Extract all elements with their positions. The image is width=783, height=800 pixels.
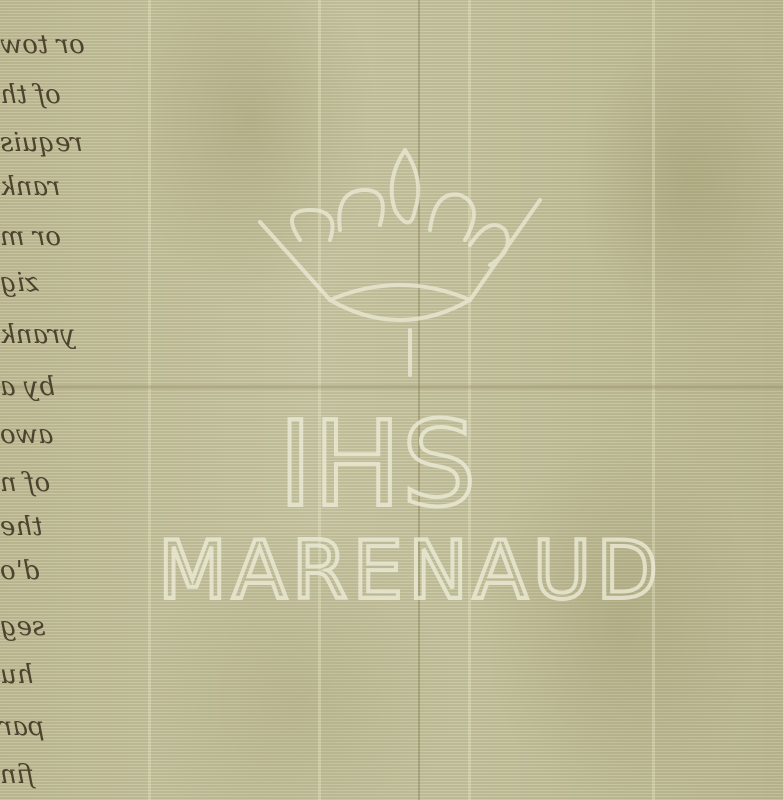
maker-name: MARENAUD [158,524,658,617]
ihs-monogram: IHS [278,395,476,533]
watermark: IHS MARENAUD [0,0,783,800]
paper-photo: or tow of th requis rank or m zig yrank … [0,0,783,800]
crown-icon [260,150,540,375]
